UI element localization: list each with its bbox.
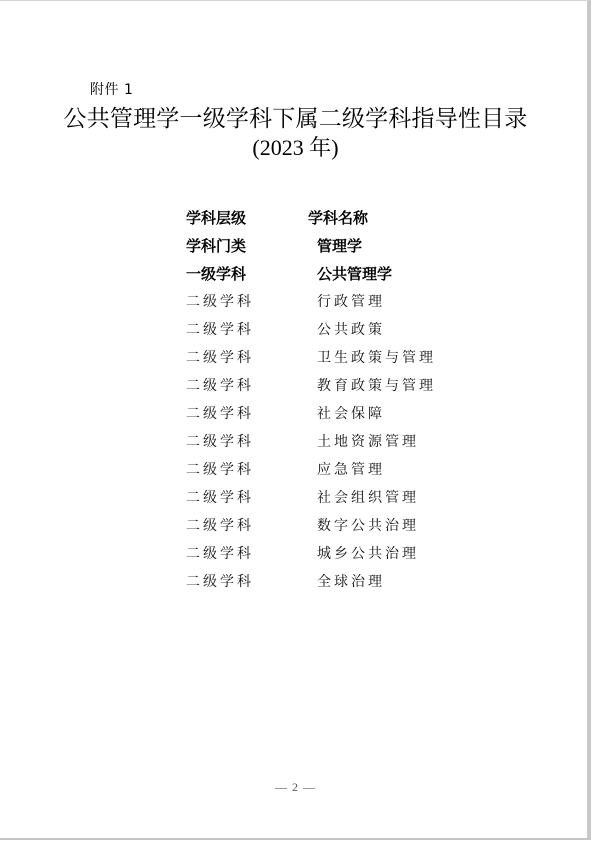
table-row: 二级学科 社会保障 [186, 403, 466, 431]
row-level: 二级学科 [186, 543, 254, 565]
table-row: 二级学科 应急管理 [186, 459, 466, 487]
row-level: 学科门类 [186, 235, 246, 257]
header-name: 学科名称 [308, 207, 368, 229]
row-name: 社会组织管理 [317, 487, 419, 509]
row-name: 公共政策 [317, 319, 385, 341]
row-name: 卫生政策与管理 [317, 347, 436, 369]
discipline-table: 学科层级 学科名称 学科门类 管理学 一级学科 公共管理学 二级学科 行政管理 … [186, 207, 466, 599]
attachment-label: 附件 1 [90, 81, 133, 99]
row-level: 二级学科 [186, 319, 254, 341]
row-name: 管理学 [317, 235, 362, 257]
table-row: 二级学科 教育政策与管理 [186, 375, 466, 403]
row-name: 城乡公共治理 [317, 543, 419, 565]
row-level: 二级学科 [186, 431, 254, 453]
header-level: 学科层级 [186, 207, 246, 229]
row-name: 土地资源管理 [317, 431, 419, 453]
row-name: 应急管理 [317, 459, 385, 481]
table-row: 二级学科 全球治理 [186, 571, 466, 599]
row-name: 全球治理 [317, 571, 385, 593]
table-row: 二级学科 土地资源管理 [186, 431, 466, 459]
row-name: 社会保障 [317, 403, 385, 425]
row-name: 公共管理学 [317, 263, 392, 285]
table-row: 学科门类 管理学 [186, 235, 466, 263]
row-level: 二级学科 [186, 459, 254, 481]
table-row: 二级学科 社会组织管理 [186, 487, 466, 515]
document-title: 公共管理学一级学科下属二级学科指导性目录 [0, 104, 591, 134]
row-name: 教育政策与管理 [317, 375, 436, 397]
row-name: 数字公共治理 [317, 515, 419, 537]
table-header-row: 学科层级 学科名称 [186, 207, 466, 235]
table-row: 二级学科 行政管理 [186, 291, 466, 319]
row-level: 一级学科 [186, 263, 246, 285]
document-page: 附件 1 公共管理学一级学科下属二级学科指导性目录 (2023 年) 学科层级 … [0, 0, 591, 840]
page-number: — 2 — [0, 780, 591, 795]
table-row: 一级学科 公共管理学 [186, 263, 466, 291]
row-level: 二级学科 [186, 515, 254, 537]
table-row: 二级学科 卫生政策与管理 [186, 347, 466, 375]
row-name: 行政管理 [317, 291, 385, 313]
row-level: 二级学科 [186, 571, 254, 593]
table-row: 二级学科 数字公共治理 [186, 515, 466, 543]
table-row: 二级学科 公共政策 [186, 319, 466, 347]
row-level: 二级学科 [186, 487, 254, 509]
row-level: 二级学科 [186, 347, 254, 369]
row-level: 二级学科 [186, 403, 254, 425]
row-level: 二级学科 [186, 291, 254, 313]
row-level: 二级学科 [186, 375, 254, 397]
table-row: 二级学科 城乡公共治理 [186, 543, 466, 571]
document-year: (2023 年) [0, 134, 591, 162]
